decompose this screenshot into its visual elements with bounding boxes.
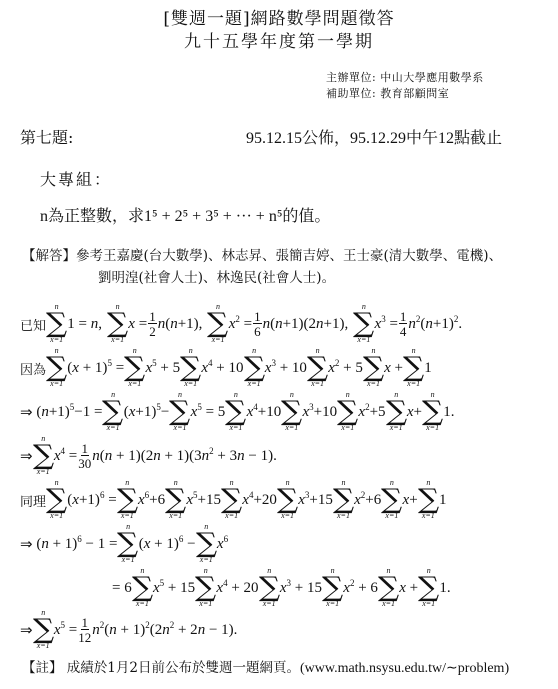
question-label: 第七題: [20, 125, 73, 148]
sigma-symbol: n∑x=1 [34, 435, 53, 477]
sigma-symbol: n∑x=1 [419, 567, 438, 609]
sigma-symbol: n∑x=1 [226, 391, 245, 433]
footer-note-text: 【註】 成績於1月2日前公布於雙週一題網頁。 [22, 660, 300, 676]
sigma-symbol: n∑x=1 [47, 347, 66, 389]
fraction: 14 [399, 310, 408, 338]
sigma-symbol: n∑x=1 [197, 523, 216, 565]
sigma-symbol: n∑x=1 [379, 567, 398, 609]
fraction: 130 [78, 442, 91, 470]
page-subtitle: 九十五學年度第一學期 [0, 27, 558, 52]
fraction: 16 [253, 310, 262, 338]
sigma-symbol: n∑x=1 [334, 479, 353, 521]
math-line-diff-6-cont: = 6 n∑x=1 x5 + 15 n∑x=1 x4 + 20 n∑x=1 x3… [112, 566, 451, 610]
sigma-symbol: n∑x=1 [47, 303, 66, 345]
sigma-symbol: n∑x=1 [278, 479, 297, 521]
math-line-diff-6: ⇒ (n + 1)6 − 1 = n∑x=1 (x + 1)6 − n∑x=1 … [20, 522, 228, 566]
sigma-symbol: n∑x=1 [133, 567, 152, 609]
sigma-symbol: n∑x=1 [103, 391, 122, 433]
sigma-symbol: n∑x=1 [118, 523, 137, 565]
sigma-symbol: n∑x=1 [282, 391, 301, 433]
sigma-symbol: n∑x=1 [47, 479, 66, 521]
implies-symbol: ⇒ [20, 403, 33, 422]
implies-symbol: ⇒ [20, 621, 33, 640]
math-line-expand-5: 因為 n∑x=1 (x + 1)5 = n∑x=1 x5 + 5 n∑x=1 x… [20, 346, 432, 390]
sigma-symbol: n∑x=1 [423, 391, 442, 433]
problem-page-link[interactable]: (www.math.nsysu.edu.tw/∼problem) [300, 661, 509, 676]
sigma-symbol: n∑x=1 [260, 567, 279, 609]
fraction: 112 [78, 616, 91, 644]
sigma-symbol: n∑x=1 [382, 479, 401, 521]
sigma-symbol: n∑x=1 [125, 347, 144, 389]
sigma-symbol: n∑x=1 [166, 479, 185, 521]
group-label: 大專組： [40, 167, 112, 190]
sigma-symbol: n∑x=1 [181, 347, 200, 389]
sigma-symbol: n∑x=1 [170, 391, 189, 433]
sigma-symbol: n∑x=1 [222, 479, 241, 521]
math-line-expand-6: 同理 n∑x=1 (x+1)6 = n∑x=1 x6+6 n∑x=1 x5+15… [20, 478, 446, 522]
sigma-symbol: n∑x=1 [404, 347, 423, 389]
sigma-symbol: n∑x=1 [245, 347, 264, 389]
fraction: 12 [148, 310, 157, 338]
sigma-symbol: n∑x=1 [308, 347, 327, 389]
sigma-symbol: n∑x=1 [196, 567, 215, 609]
problem-statement: n為正整數，求1⁵ + 2⁵ + 3⁵ + ··· + n⁵的值。 [40, 203, 330, 226]
sigma-symbol: n∑x=1 [338, 391, 357, 433]
question-dates: 95.12.15公佈，95.12.29中午12點截止 [246, 125, 502, 148]
sigma-symbol: n∑x=1 [387, 391, 406, 433]
sigma-symbol: n∑x=1 [323, 567, 342, 609]
solution-header-line1: 【解答】參考王嘉慶(台大數學)、林志昇、張簡吉婷、王士豪(清大數學、電機)、 [22, 244, 502, 264]
math-line-known-sums: 已知 n∑x=1 1 = n, n∑x=1 x = 12 n(n+1), n∑x… [20, 302, 462, 346]
implies-symbol: ⇒ [20, 535, 33, 554]
footer-note: 【註】 成績於1月2日前公布於雙週一題網頁。(www.math.nsysu.ed… [22, 656, 509, 677]
math-line-result-x5: ⇒ n∑x=1 x5 = 112 n2(n + 1)2(2n2 + 2n − 1… [20, 608, 237, 652]
math-prefix: 因為 [20, 359, 46, 378]
math-line-result-x4: ⇒ n∑x=1 x4 = 130 n(n + 1)(2n + 1)(3n2 + … [20, 434, 277, 478]
sigma-symbol: n∑x=1 [208, 303, 227, 345]
math-prefix: 同理 [20, 491, 46, 510]
sigma-symbol: n∑x=1 [364, 347, 383, 389]
sigma-symbol: n∑x=1 [34, 609, 53, 651]
sigma-symbol: n∑x=1 [419, 479, 438, 521]
solution-header-line2: 劉明湟(社會人士)、林逸民(社會人士)。 [98, 266, 335, 286]
math-prefix: 已知 [20, 315, 46, 334]
math-line-diff-5: ⇒ (n+1)5−1 = n∑x=1 (x+1)5− n∑x=1 x5 = 5 … [20, 390, 455, 434]
sigma-symbol: n∑x=1 [108, 303, 127, 345]
implies-symbol: ⇒ [20, 447, 33, 466]
page-title: [雙週一題]網路數學問題徵答 [0, 4, 558, 29]
co-organizer-text: 補助單位: 教育部顧問室 [326, 85, 449, 101]
organizer-text: 主辦單位: 中山大學應用數學系 [326, 69, 484, 85]
sigma-symbol: n∑x=1 [354, 303, 373, 345]
sigma-symbol: n∑x=1 [118, 479, 137, 521]
